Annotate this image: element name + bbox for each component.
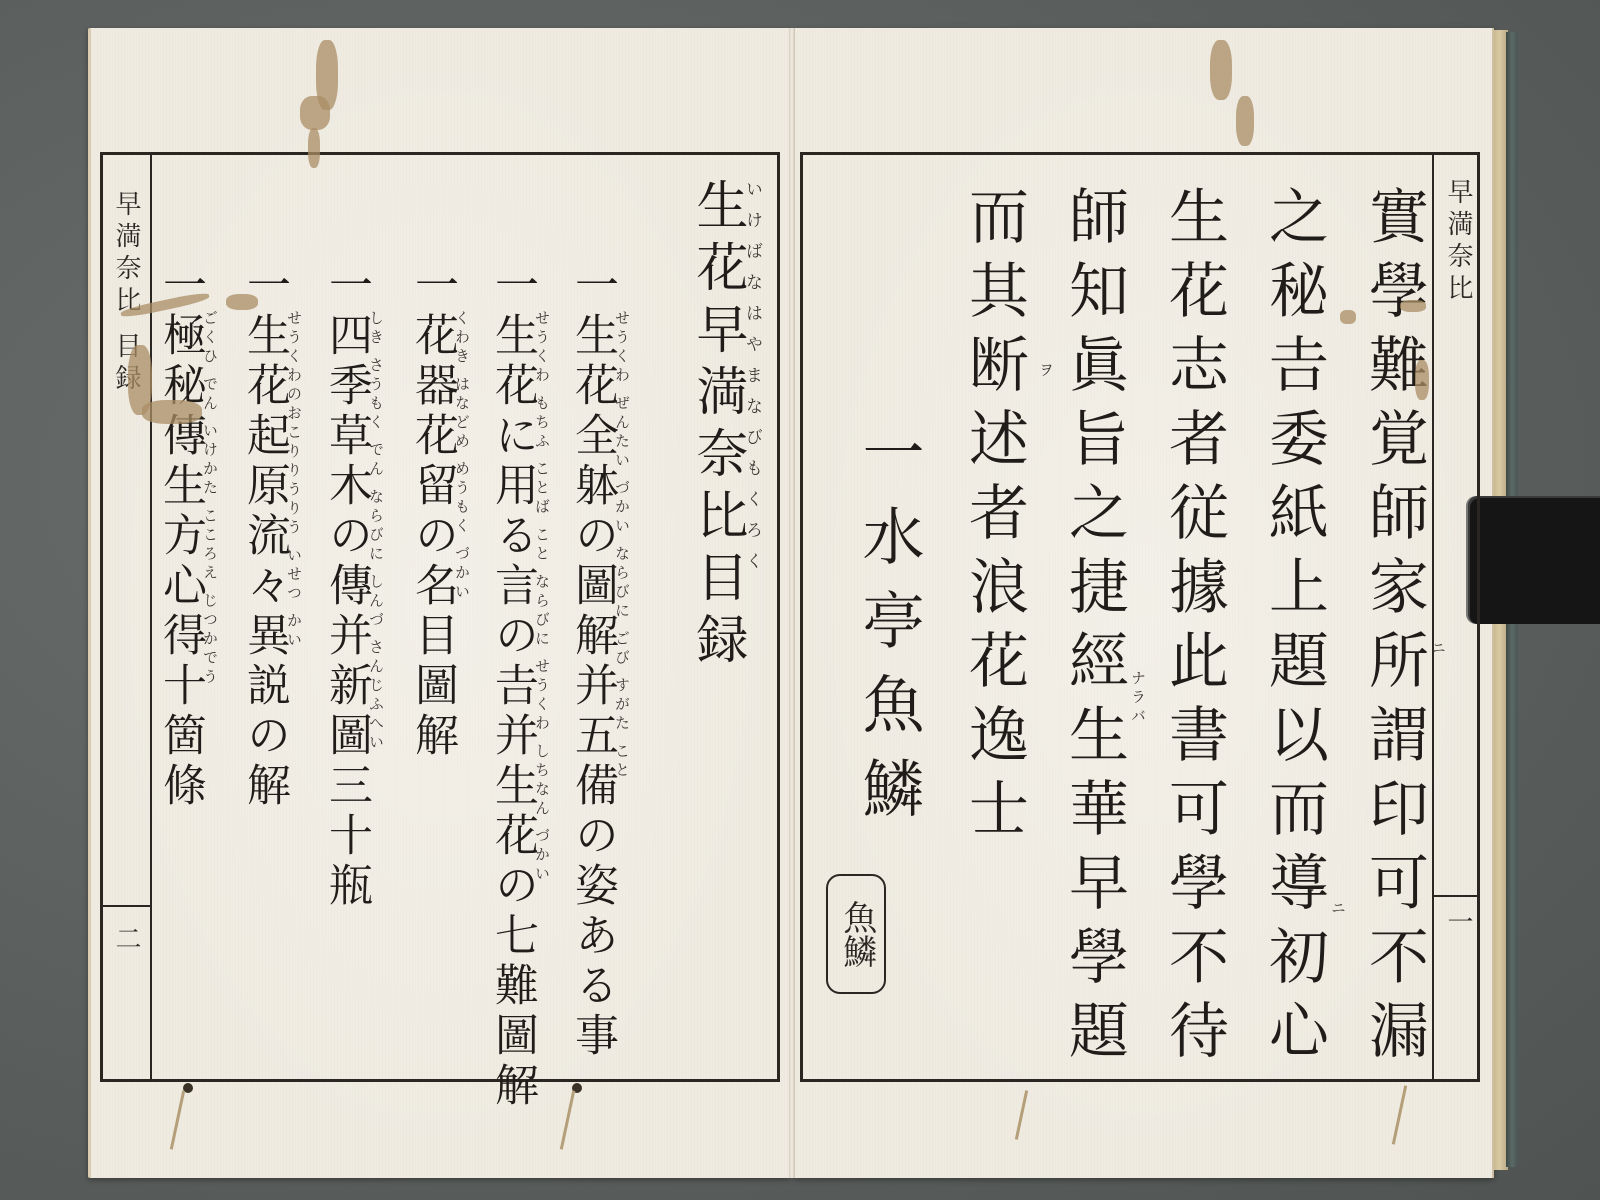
toc-bullet: 一: [487, 262, 538, 312]
left-margin-page-number: 二: [108, 925, 145, 957]
seal-text: 魚鱗: [837, 900, 874, 968]
toc-title-furigana: いけばなはやまなびもくろく: [740, 180, 765, 583]
toc-item-text: 花器花留の名目圖解: [407, 312, 458, 762]
toc-item-text: 極秘傳生方心得十箇條: [155, 312, 206, 812]
preface-column-1: 實學難覚師家所謂印可不漏: [1364, 185, 1424, 1073]
preface-column-3: 生花志者従據此書可學不待: [1164, 185, 1224, 1073]
black-clip-tab: [1468, 496, 1600, 624]
toc-item-text: 生花起原流々異説の解: [239, 312, 290, 812]
right-margin-page-number: 一: [1440, 908, 1477, 940]
left-margin-divider: [100, 905, 152, 907]
preface-column-4: 師知眞旨之捷經生華早學題: [1064, 185, 1124, 1073]
kunten-mark: ヲ: [1036, 362, 1057, 381]
toc-bullet: 一: [407, 262, 458, 312]
kunten-mark: ナラバ: [1128, 670, 1149, 727]
kunten-mark: ニ: [1428, 640, 1449, 659]
preface-column-5: 而其断述者浪花逸士: [964, 185, 1024, 851]
toc-item-furigana: せうくわのおこりりうりう いせつ かい: [284, 310, 305, 651]
paper-stain: [226, 294, 258, 310]
book-gutter: [789, 28, 795, 1178]
toc-item-furigana: くわき はなどめ めうもく づかい: [452, 310, 473, 602]
author-seal: 魚鱗: [826, 874, 886, 994]
paper-stain: [1415, 360, 1429, 400]
toc-item-text: 生花に用る言の𠮷并生花の七難圖解: [487, 312, 538, 1112]
toc-bullet: 一: [567, 262, 618, 312]
paper-stain: [300, 96, 330, 130]
toc-item-text: 四季草木の傳并新圖三十瓶: [321, 312, 372, 912]
kunten-mark: ニ: [1328, 900, 1349, 919]
paper-stain: [1236, 96, 1254, 146]
right-margin-rule: [1432, 152, 1434, 1082]
toc-bullet: 一: [321, 262, 372, 312]
paper-stain: [142, 400, 202, 424]
toc-item-text: 生花全躰の圖解并五備の姿ある事: [567, 312, 618, 1062]
paper-stain: [1400, 300, 1426, 312]
paper-stain: [308, 128, 320, 168]
right-margin-title: 早満奈比: [1440, 178, 1477, 306]
toc-item-furigana: しき さうもく でん ならびに しんづ さんじふへい: [366, 310, 387, 753]
right-margin-divider: [1432, 895, 1480, 897]
author-signature: 一水亭魚鱗: [844, 420, 933, 840]
toc-item-furigana: ごくひ でん いけかた こころえ じつかでう: [200, 310, 221, 687]
preface-column-2: 之秘𠮷委紙上題以而導初心: [1264, 185, 1324, 1073]
paper-stain: [1210, 40, 1232, 100]
toc-item-furigana: せうくわ ぜんたい づかい ならびに ごび すがた こと: [612, 310, 633, 781]
toc-item-furigana: せうくわ もちふ ことば こと ならびに せうくわ しちなん づかい: [532, 310, 553, 884]
paper-stain: [1340, 310, 1356, 324]
